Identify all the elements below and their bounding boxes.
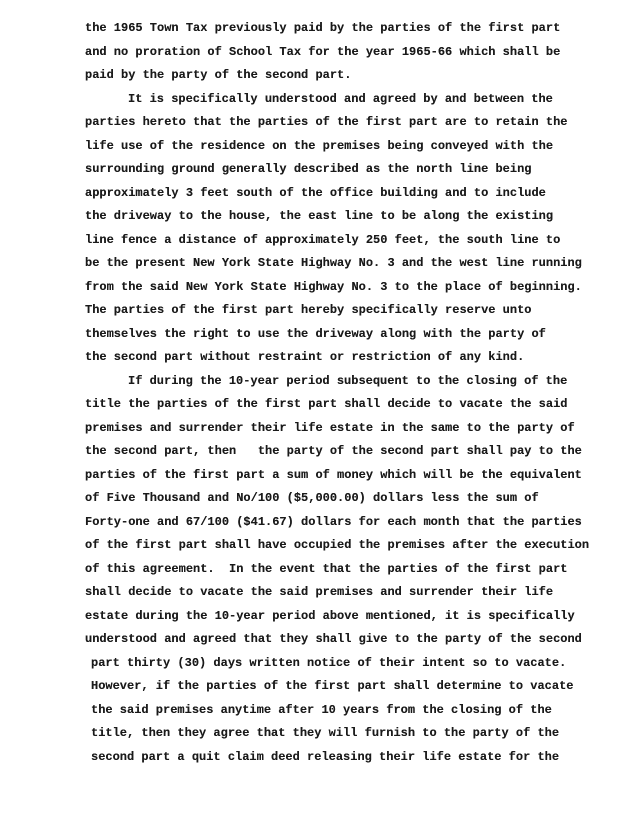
text-line: life use of the residence on the premise… — [85, 135, 625, 159]
text-line: shall decide to vacate the said premises… — [85, 581, 625, 605]
text-line: understood and agreed that they shall gi… — [85, 628, 625, 652]
text-line-indented: It is specifically understood and agreed… — [85, 88, 625, 112]
text-line: the said premises anytime after 10 years… — [85, 699, 625, 723]
text-line: line fence a distance of approximately 2… — [85, 229, 625, 253]
text-line: of Five Thousand and No/100 ($5,000.00) … — [85, 487, 625, 511]
text-line: surrounding ground generally described a… — [85, 158, 625, 182]
document-page: the 1965 Town Tax previously paid by the… — [0, 0, 638, 825]
text-line: approximately 3 feet south of the office… — [85, 182, 625, 206]
text-line: parties hereto that the parties of the f… — [85, 111, 625, 135]
text-line: parties of the first part a sum of money… — [85, 464, 625, 488]
text-line: of this agreement. In the event that the… — [85, 558, 625, 582]
text-line: the second part, then the party of the s… — [85, 440, 625, 464]
text-line: be the present New York State Highway No… — [85, 252, 625, 276]
text-line: estate during the 10-year period above m… — [85, 605, 625, 629]
text-line: the 1965 Town Tax previously paid by the… — [85, 17, 625, 41]
text-line: themselves the right to use the driveway… — [85, 323, 625, 347]
text-line: part thirty (30) days written notice of … — [85, 652, 625, 676]
paragraph-continuation: the 1965 Town Tax previously paid by the… — [85, 17, 625, 88]
text-line: Forty-one and 67/100 ($41.67) dollars fo… — [85, 511, 625, 535]
text-line: of the first part shall have occupied th… — [85, 534, 625, 558]
text-line-indented: If during the 10-year period subsequent … — [85, 370, 625, 394]
text-line: second part a quit claim deed releasing … — [85, 746, 625, 770]
paragraph-life-use-reservation: It is specifically understood and agreed… — [85, 88, 625, 370]
text-line: title, then they agree that they will fu… — [85, 722, 625, 746]
paragraph-vacate-provision: If during the 10-year period subsequent … — [85, 370, 625, 770]
text-line: from the said New York State Highway No.… — [85, 276, 625, 300]
text-line: title the parties of the first part shal… — [85, 393, 625, 417]
text-line: the second part without restraint or res… — [85, 346, 625, 370]
document-body: the 1965 Town Tax previously paid by the… — [85, 17, 625, 769]
text-line: the driveway to the house, the east line… — [85, 205, 625, 229]
text-line: paid by the party of the second part. — [85, 64, 625, 88]
text-line: The parties of the first part hereby spe… — [85, 299, 625, 323]
text-line: However, if the parties of the first par… — [85, 675, 625, 699]
text-line: premises and surrender their life estate… — [85, 417, 625, 441]
text-line: and no proration of School Tax for the y… — [85, 41, 625, 65]
